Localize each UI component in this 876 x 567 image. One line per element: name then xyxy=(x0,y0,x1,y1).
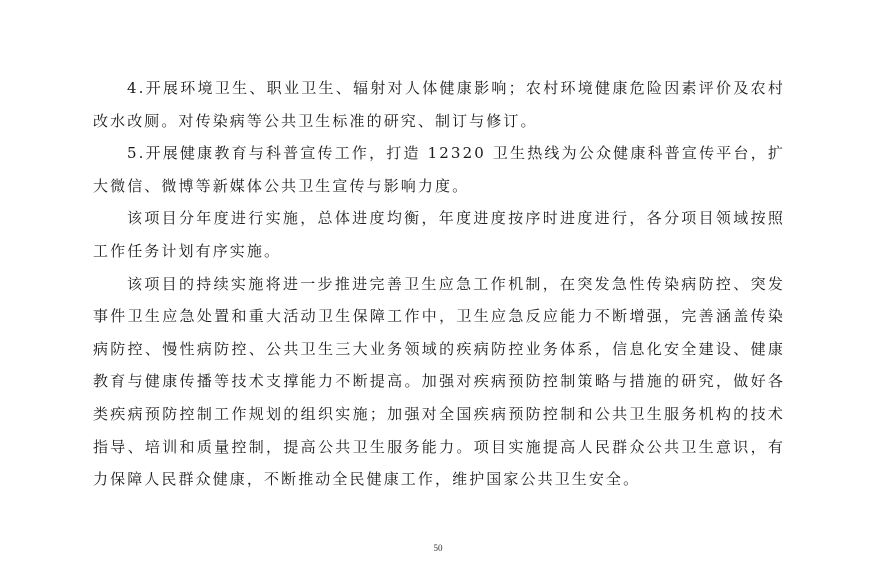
paragraph-item-4: 4.开展环境卫生、职业卫生、辐射对人体健康影响；农村环境健康危险因素评价及农村改… xyxy=(93,72,785,137)
page-number: 50 xyxy=(0,543,876,553)
body-text: 4.开展环境卫生、职业卫生、辐射对人体健康影响；农村环境健康危险因素评价及农村改… xyxy=(93,72,785,496)
paragraph-outcome: 该项目的持续实施将进一步推进完善卫生应急工作机制，在突发急性传染病防控、突发事件… xyxy=(93,268,785,496)
paragraph-schedule: 该项目分年度进行实施，总体进度均衡，年度进度按序时进度进行，各分项目领域按照工作… xyxy=(93,202,785,267)
document-page: 4.开展环境卫生、职业卫生、辐射对人体健康影响；农村环境健康危险因素评价及农村改… xyxy=(0,0,876,567)
paragraph-item-5: 5.开展健康教育与科普宣传工作，打造 12320 卫生热线为公众健康科普宣传平台… xyxy=(93,137,785,202)
